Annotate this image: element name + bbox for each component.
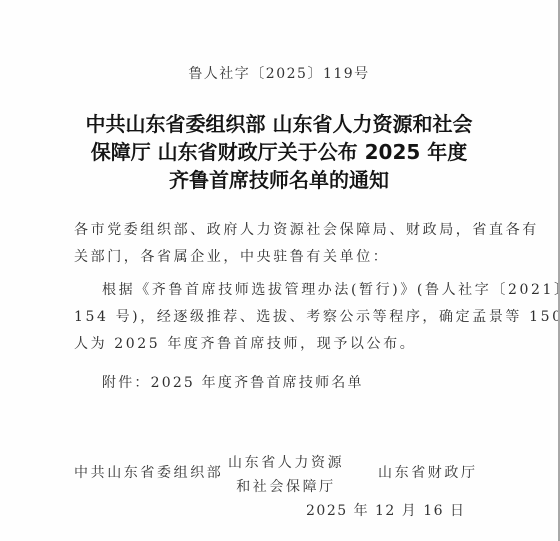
signature-line: 山东省人力资源 <box>228 451 344 475</box>
signature-org-finance: 山东省财政厅 <box>378 461 478 485</box>
title-line: 保障厅 山东省财政厅关于公布 2025 年度 <box>0 138 558 166</box>
body-paragraph: 根据《齐鲁首席技师选拔管理办法(暂行)》(鲁人社字〔2021〕 154 号)，经… <box>74 277 494 358</box>
document-number: 鲁人社字〔2025〕119号 <box>0 63 558 83</box>
issue-date: 2025 年 12 月 16 日 <box>306 500 466 520</box>
attachment-note: 附件：2025 年度齐鲁首席技师名单 <box>102 372 364 392</box>
signature-org-party-committee: 中共山东省委组织部 <box>74 461 223 485</box>
body-line: 154 号)，经逐级推荐、选拔、考察公示等程序，确定孟景等 150 <box>74 304 494 331</box>
title-line: 齐鲁首席技师名单的通知 <box>0 166 558 194</box>
document-page: 鲁人社字〔2025〕119号 中共山东省委组织部 山东省人力资源和社会 保障厅 … <box>0 0 558 541</box>
salutation: 各市党委组织部、政府人力资源社会保障局、财政局，省直各有 关部门，各省属企业，中… <box>74 217 494 271</box>
body-line: 根据《齐鲁首席技师选拔管理办法(暂行)》(鲁人社字〔2021〕 <box>74 277 494 304</box>
body-line: 人为 2025 年度齐鲁首席技师，现予以公布。 <box>74 331 494 358</box>
salutation-line: 关部门，各省属企业，中央驻鲁有关单位： <box>74 244 494 271</box>
signature-org-hr-social-security: 山东省人力资源 和社会保障厅 <box>228 451 344 499</box>
signature-line: 和社会保障厅 <box>228 475 344 499</box>
title-line: 中共山东省委组织部 山东省人力资源和社会 <box>0 110 558 138</box>
salutation-line: 各市党委组织部、政府人力资源社会保障局、财政局，省直各有 <box>74 217 494 244</box>
document-title: 中共山东省委组织部 山东省人力资源和社会 保障厅 山东省财政厅关于公布 2025… <box>0 110 558 194</box>
